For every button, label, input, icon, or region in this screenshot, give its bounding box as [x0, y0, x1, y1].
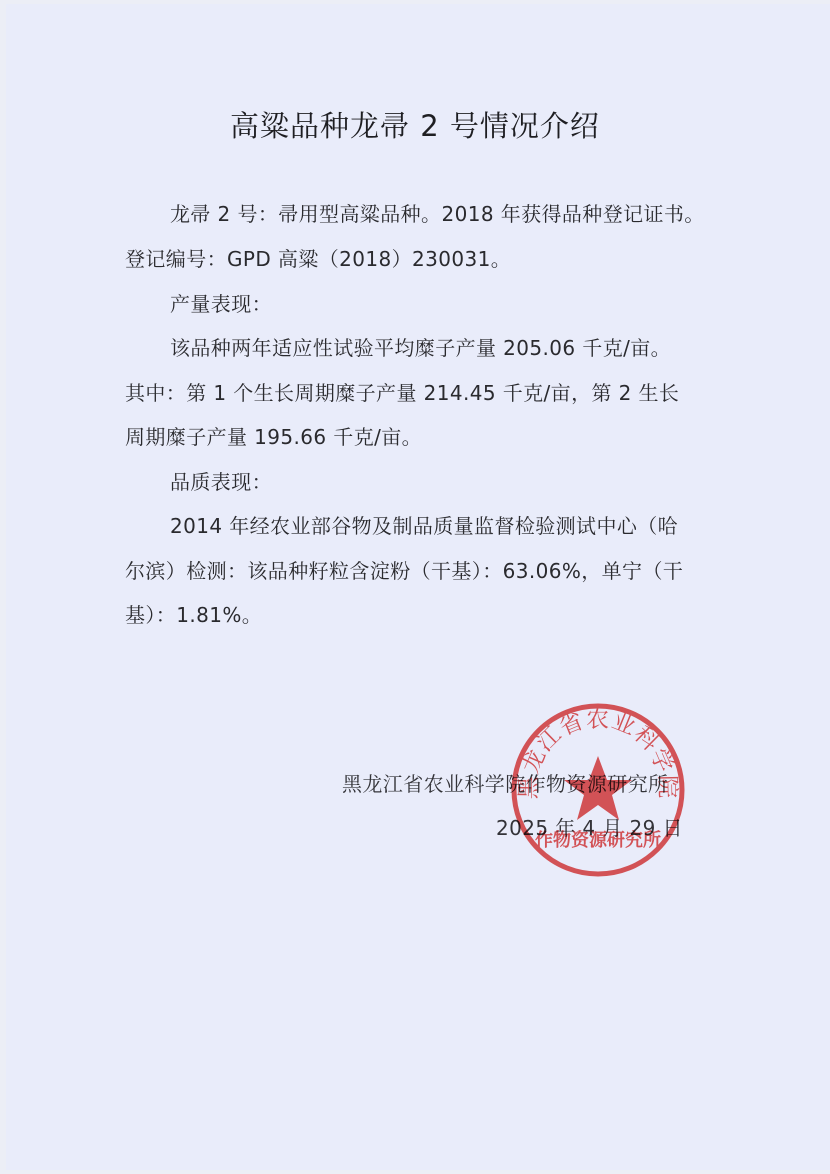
quality-line-2: 尔滨）检测：该品种籽粒含淀粉（干基）：63.06%，单宁（干 — [125, 555, 683, 584]
intro-line-1: 龙帚 2 号：帚用型高粱品种。2018 年获得品种登记证书。 — [170, 198, 705, 227]
yield-heading: 产量表现： — [170, 288, 272, 317]
yield-line-3: 周期糜子产量 195.66 千克/亩。 — [125, 421, 422, 450]
seal-bottom-text: 作物资源研究所 — [535, 829, 661, 851]
quality-line-3: 基）：1.81%。 — [125, 599, 262, 628]
document-title: 高粱品种龙帚 2 号情况介绍 — [0, 104, 830, 145]
yield-line-2: 其中：第 1 个生长周期糜子产量 214.45 千克/亩，第 2 生长 — [125, 377, 679, 406]
intro-line-2: 登记编号：GPD 高粱（2018）230031。 — [125, 243, 511, 272]
official-seal: 黑龙江省农业科学院 作物资源研究所 — [508, 700, 688, 880]
yield-line-1: 该品种两年适应性试验平均糜子产量 205.06 千克/亩。 — [170, 332, 671, 361]
quality-heading: 品质表现： — [170, 466, 272, 495]
document-page — [6, 4, 830, 1170]
star-icon — [564, 756, 632, 820]
quality-line-1: 2014 年经农业部谷物及制品质量监督检验测试中心（哈 — [170, 510, 678, 539]
